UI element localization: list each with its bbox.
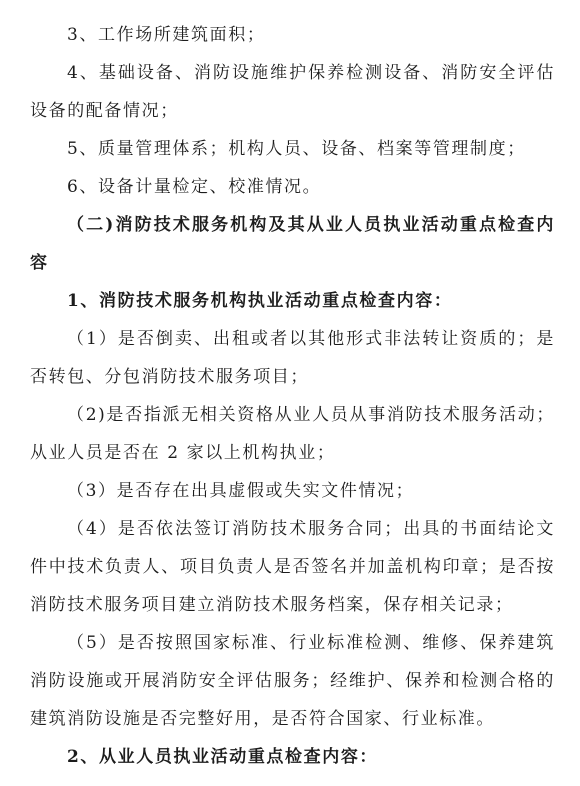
check-item-5: （5）是否按照国家标准、行业标准检测、维修、保养建筑消防设施或开展消防安全评估服… — [30, 624, 555, 738]
section-heading-two: （二)消防技术服务机构及其从业人员执业活动重点检查内容 — [30, 206, 555, 282]
subsection-heading-2: 2、从业人员执业活动重点检查内容： — [30, 738, 555, 776]
check-item-2: （2)是否指派无相关资格从业人员从事消防技术服务活动；从业人员是否在 2 家以上… — [30, 396, 555, 472]
list-item-5: 5、质量管理体系；机构人员、设备、档案等管理制度； — [30, 130, 555, 168]
check-item-3: （3）是否存在出具虚假或失实文件情况； — [30, 472, 555, 510]
subsection-heading-1: 1、消防技术服务机构执业活动重点检查内容： — [30, 282, 555, 320]
list-item-4: 4、基础设备、消防设施维护保养检测设备、消防安全评估设备的配备情况； — [30, 54, 555, 130]
check-item-1: （1）是否倒卖、出租或者以其他形式非法转让资质的；是否转包、分包消防技术服务项目… — [30, 320, 555, 396]
list-item-3: 3、工作场所建筑面积； — [30, 16, 555, 54]
check-item-4: （4）是否依法签订消防技术服务合同；出具的书面结论文件中技术负责人、项目负责人是… — [30, 510, 555, 624]
list-item-6: 6、设备计量检定、校准情况。 — [30, 168, 555, 206]
document-page: 3、工作场所建筑面积； 4、基础设备、消防设施维护保养检测设备、消防安全评估设备… — [0, 0, 580, 786]
